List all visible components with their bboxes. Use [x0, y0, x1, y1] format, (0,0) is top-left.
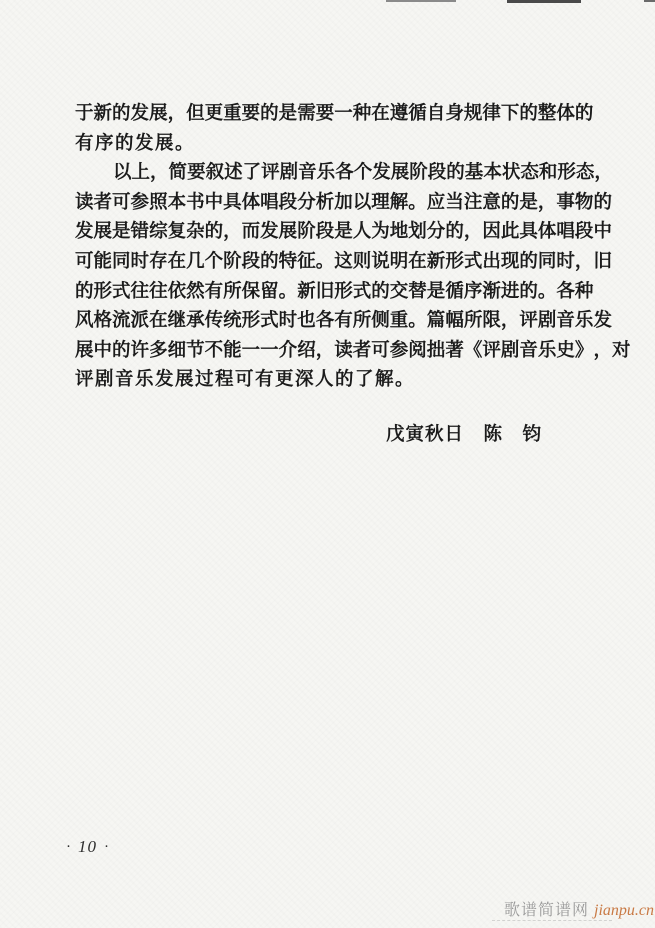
text-line: 风格流派在继承传统形式时也各有所侧重。篇幅所限，评剧音乐发: [75, 307, 587, 337]
scan-artifact: [507, 0, 581, 3]
scan-artifact: [386, 0, 456, 2]
watermark-site-name: 歌谱简谱网: [504, 902, 589, 919]
page-number: · 10 ·: [66, 837, 109, 857]
text-line: 有序的发展。: [75, 130, 587, 160]
scan-artifact: [492, 920, 612, 921]
text-line: 可能同时存在几个阶段的特征。这则说明在新形式出现的同时，旧: [75, 248, 587, 278]
page-number-value: 10: [78, 837, 97, 857]
text-line: 以上，简要叙述了评剧音乐各个发展阶段的基本状态和形态，: [75, 159, 587, 189]
text-line: 评剧音乐发展过程可有更深人的了解。: [75, 366, 587, 396]
body-text: 于新的发展，但更重要的是需要一种在遵循自身规律下的整体的有序的发展。以上，简要叙…: [75, 100, 587, 396]
page-number-dot-right: ·: [104, 840, 109, 855]
text-line: 发展是错综复杂的，而发展阶段是人为地划分的，因此具体唱段中: [75, 218, 587, 248]
watermark: 歌谱简谱网 jianpu.cn: [504, 897, 654, 920]
text-line: 于新的发展，但更重要的是需要一种在遵循自身规律下的整体的: [75, 100, 587, 130]
text-line: 展中的许多细节不能一一介绍，读者可参阅拙著《评剧音乐史》，对: [75, 337, 587, 367]
author-signature: 戊寅秋日 陈 钧: [386, 420, 542, 446]
scan-artifact: [644, 0, 655, 2]
text-line: 读者可参照本书中具体唱段分析加以理解。应当注意的是，事物的: [75, 189, 587, 219]
page-number-dot-left: ·: [66, 840, 71, 855]
book-page: 于新的发展，但更重要的是需要一种在遵循自身规律下的整体的有序的发展。以上，简要叙…: [0, 0, 655, 928]
text-line: 的形式往往依然有所保留。新旧形式的交替是循序渐进的。各种: [75, 278, 587, 308]
watermark-site-url: jianpu.cn: [594, 902, 654, 919]
